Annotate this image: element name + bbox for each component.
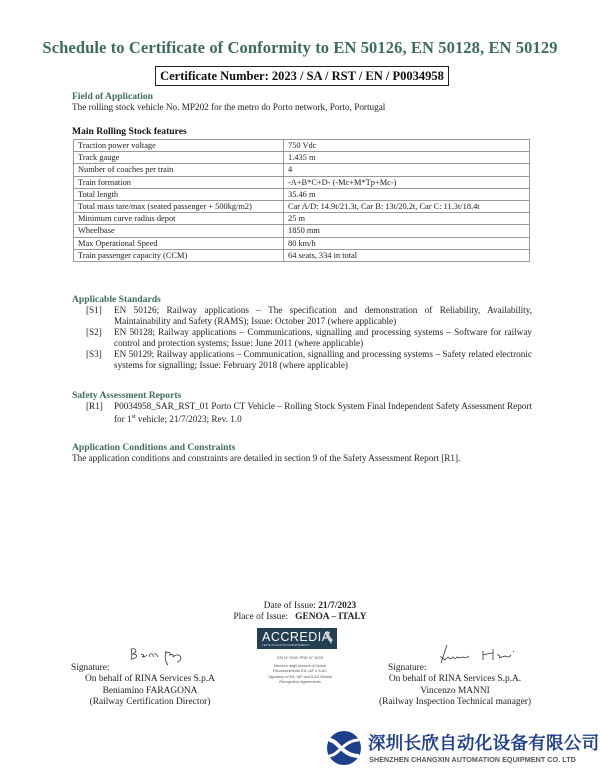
table-row: Traction power voltage750 Vdc bbox=[74, 140, 530, 152]
feature-name: Number of coaches per train bbox=[74, 164, 284, 176]
signature-left-scribble bbox=[128, 645, 190, 667]
watermark-company-en: SHENZHEN CHANGXIN AUTOMATION EQUIPMENT C… bbox=[369, 755, 576, 764]
signature-right-label: Signature: bbox=[388, 663, 427, 673]
standard-text: EN 50128; Railway applications – Communi… bbox=[114, 327, 532, 349]
table-row: Train formation-A+B*C+D- (-Mc+M*Tp+Mc-) bbox=[74, 176, 530, 188]
left-on-behalf: On behalf of RINA Services S.p.A bbox=[60, 674, 240, 686]
standard-text: EN 50129; Railway applications – Communi… bbox=[114, 349, 532, 371]
table-row: Total length35.46 m bbox=[74, 188, 530, 200]
feature-name: Total length bbox=[74, 188, 284, 200]
feature-name: Max Operational Speed bbox=[74, 237, 284, 249]
feature-value: -A+B*C+D- (-Mc+M*Tp+Mc-) bbox=[284, 176, 530, 188]
table-row: Max Operational Speed80 km/h bbox=[74, 237, 530, 249]
signature-right-block: On behalf of RINA Services S.p.A. Vincen… bbox=[360, 674, 550, 709]
left-signer-role: (Railway Certification Director) bbox=[60, 697, 240, 709]
feature-value: 4 bbox=[284, 164, 530, 176]
standard-tag: [S2] bbox=[86, 327, 114, 349]
features-table: Traction power voltage750 VdcTrack gauge… bbox=[73, 139, 530, 262]
table-row: Track gauge1.435 m bbox=[74, 152, 530, 164]
italy-map-icon bbox=[325, 631, 333, 645]
standards-list: [S1]EN 50126; Railway applications – The… bbox=[86, 305, 532, 371]
standard-tag: [S1] bbox=[86, 305, 114, 327]
place-value: GENOA – ITALY bbox=[295, 612, 366, 622]
accredia-logo: ACCREDIA L'ENTE ITALIANO DI ACCREDITAMEN… bbox=[257, 628, 337, 649]
report-tag: [R1] bbox=[86, 401, 114, 425]
application-conditions-heading: Application Conditions and Constraints bbox=[72, 442, 235, 453]
feature-name: Traction power voltage bbox=[74, 140, 284, 152]
date-label: Date of Issue: bbox=[264, 601, 316, 611]
feature-name: Minimum curve radius depot bbox=[74, 213, 284, 225]
standard-text: EN 50126; Railway applications – The spe… bbox=[114, 305, 532, 327]
watermark-company-cn: 深圳长欣自动化设备有限公司 bbox=[368, 730, 599, 755]
feature-value: 35.46 m bbox=[284, 188, 530, 200]
feature-value: 25 m bbox=[284, 213, 530, 225]
certificate-page: Schedule to Certificate of Conformity to… bbox=[0, 0, 600, 770]
safety-reports-list: [R1] P0034958_SAR_RST_01 Porto CT Vehicl… bbox=[86, 401, 532, 425]
safety-reports-heading: Safety Assessment Reports bbox=[72, 390, 181, 401]
document-title: Schedule to Certificate of Conformity to… bbox=[0, 38, 600, 58]
feature-value: Car A/D: 14.9t/21.3t, Car B: 13t/20.2t, … bbox=[284, 200, 530, 212]
standard-item: [S2]EN 50128; Railway applications – Com… bbox=[86, 327, 532, 349]
accredia-signatory-2: Recognition Agreements bbox=[240, 680, 360, 685]
applicable-standards-heading: Applicable Standards bbox=[72, 294, 161, 305]
signature-left-block: On behalf of RINA Services S.p.A Beniami… bbox=[60, 674, 240, 709]
feature-value: 750 Vdc bbox=[284, 140, 530, 152]
right-signer-role: (Railway Inspection Technical manager) bbox=[360, 697, 550, 709]
feature-value: 1.435 m bbox=[284, 152, 530, 164]
accredia-member-2: Riconoscimento EA, IAF e ILAC bbox=[240, 669, 360, 674]
table-row: Number of coaches per train4 bbox=[74, 164, 530, 176]
certificate-number: Certificate Number: 2023 / SA / RST / EN… bbox=[155, 66, 449, 86]
feature-value: 80 km/h bbox=[284, 237, 530, 249]
table-row: Minimum curve radius depot25 m bbox=[74, 213, 530, 225]
feature-name: Train formation bbox=[74, 176, 284, 188]
standard-tag: [S3] bbox=[86, 349, 114, 371]
field-of-application-text: The rolling stock vehicle No. MP202 for … bbox=[72, 102, 385, 113]
feature-name: Total mass tare/max (seated passenger + … bbox=[74, 200, 284, 212]
place-of-issue: Place of Issue: GENOA – ITALY bbox=[0, 612, 600, 622]
accredia-numbers: SSI N° 003G PRD N° 002B bbox=[240, 656, 360, 661]
report-item: [R1] P0034958_SAR_RST_01 Porto CT Vehicl… bbox=[86, 401, 532, 425]
date-of-issue: Date of Issue: 21/7/2023 bbox=[10, 601, 600, 611]
application-conditions-text: The application conditions and constrain… bbox=[72, 453, 460, 464]
table-row: Train passenger capacity (CCM)64 seats, … bbox=[74, 249, 530, 261]
standard-item: [S3]EN 50129; Railway applications – Com… bbox=[86, 349, 532, 371]
date-value: 21/7/2023 bbox=[318, 601, 356, 611]
feature-name: Train passenger capacity (CCM) bbox=[74, 249, 284, 261]
report-text: P0034958_SAR_RST_01 Porto CT Vehicle – R… bbox=[114, 401, 532, 425]
place-label: Place of Issue: bbox=[233, 612, 288, 622]
left-signer-name: Beniamino FARAGONA bbox=[60, 686, 240, 698]
table-row: Wheelbase1850 mm bbox=[74, 225, 530, 237]
table-row: Total mass tare/max (seated passenger + … bbox=[74, 200, 530, 212]
feature-name: Wheelbase bbox=[74, 225, 284, 237]
field-of-application-heading: Field of Application bbox=[72, 91, 153, 102]
feature-name: Track gauge bbox=[74, 152, 284, 164]
signature-left-label: Signature: bbox=[71, 663, 110, 673]
signature-right-scribble bbox=[437, 643, 519, 667]
standard-item: [S1]EN 50126; Railway applications – The… bbox=[86, 305, 532, 327]
feature-value: 1850 mm bbox=[284, 225, 530, 237]
main-features-heading: Main Rolling Stock features bbox=[72, 126, 187, 137]
right-signer-name: Vincenzo MANNI bbox=[360, 686, 550, 698]
changxin-logo-icon bbox=[326, 730, 362, 766]
feature-value: 64 seats, 334 in total bbox=[284, 249, 530, 261]
right-on-behalf: On behalf of RINA Services S.p.A. bbox=[360, 674, 550, 686]
